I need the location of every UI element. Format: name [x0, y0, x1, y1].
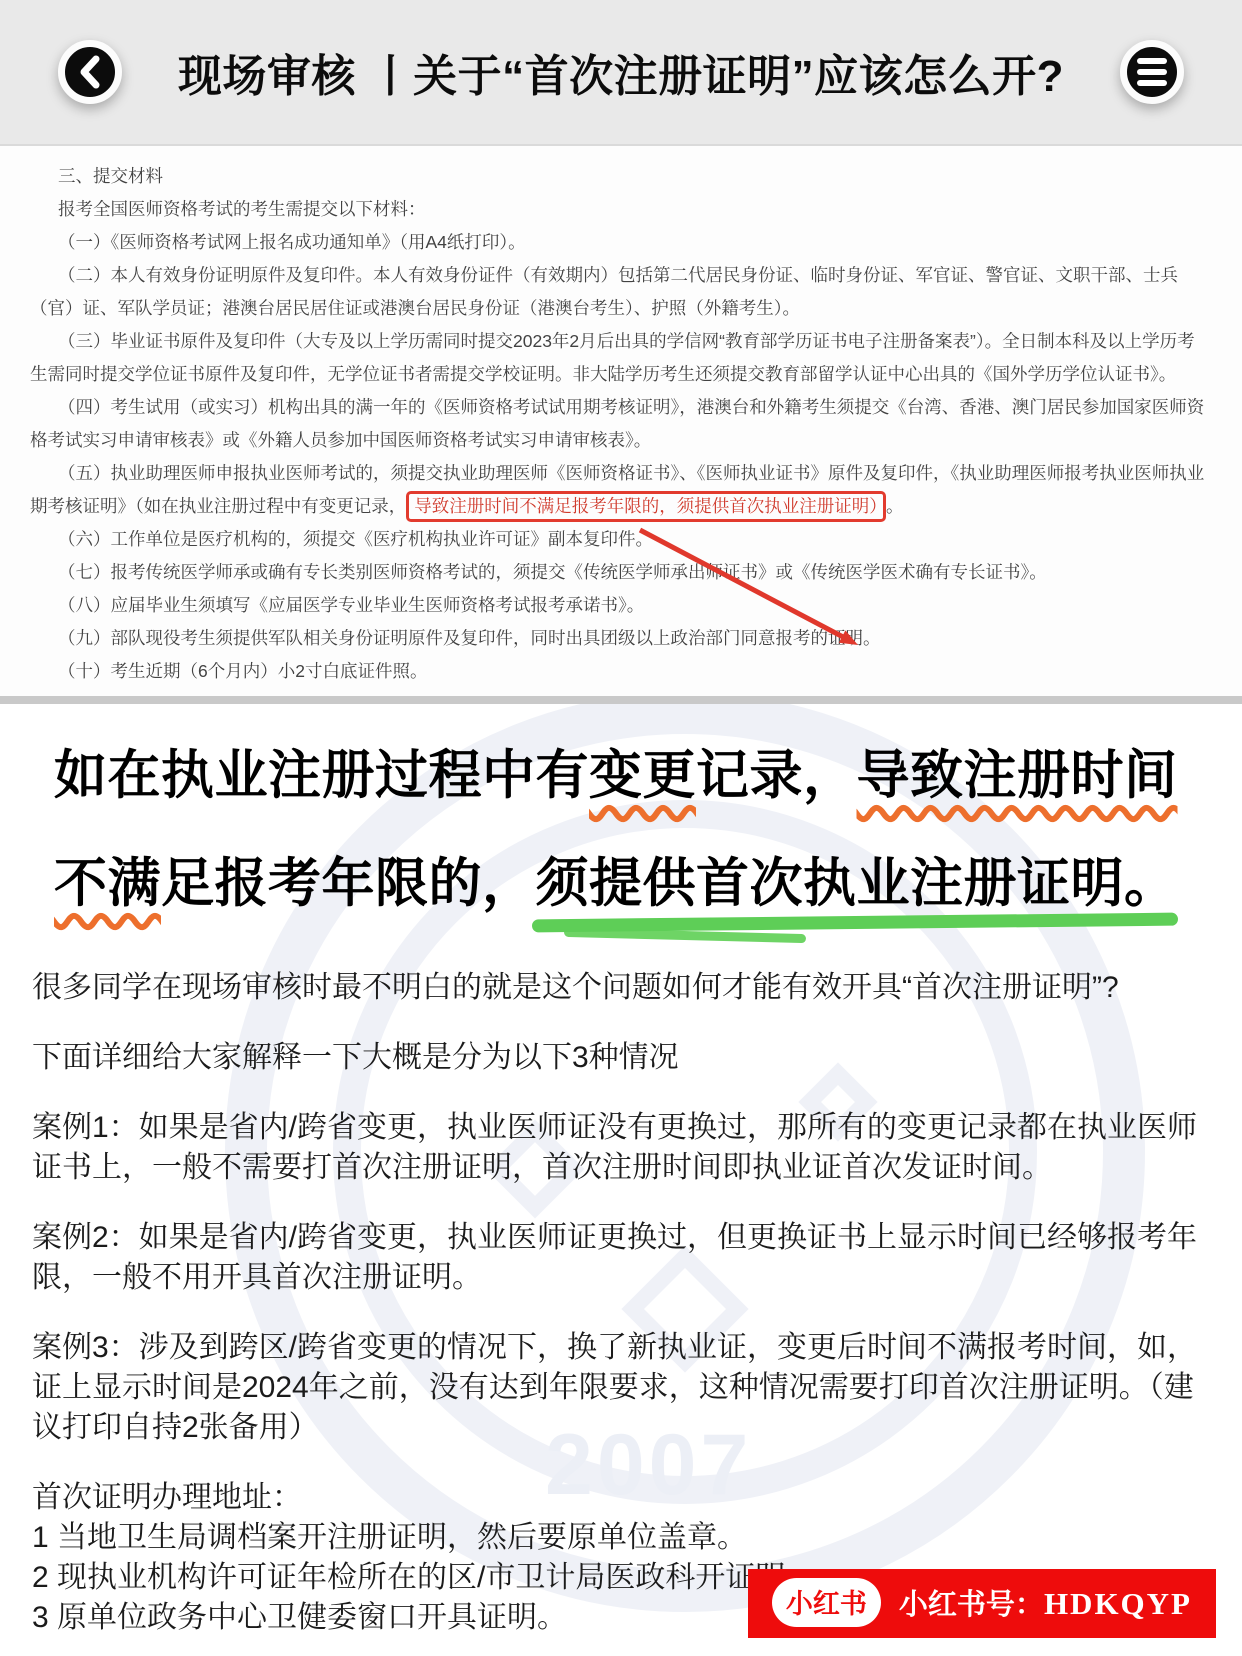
- headline-text: 记录，: [696, 746, 857, 805]
- xiaohongshu-logo: 小红书: [772, 1578, 881, 1627]
- page: 现场审核 丨关于“首次注册证明”应该怎么开? 三、提交材料 报考全国医师资格考试…: [0, 0, 1242, 1656]
- headline-line-2: 不满足报考年限的，须提供首次执业注册证明。: [54, 830, 1188, 938]
- address-line-1: 1 当地卫生局调档案开注册证明，然后要原单位盖章。: [32, 1518, 1210, 1558]
- chevron-left-icon: [76, 54, 104, 90]
- doc-item-2: （二）本人有效身份证明原件及复印件。本人有效身份证件（有效期内）包括第二代居民身…: [30, 259, 1212, 325]
- headline-orange-underlined: 导致注册时间: [857, 746, 1178, 805]
- headline-orange-underlined: 不满: [54, 854, 161, 913]
- top-bar: 现场审核 丨关于“首次注册证明”应该怎么开?: [0, 0, 1242, 146]
- paragraph-explain: 下面详细给大家解释一下大概是分为以下3种情况: [0, 1038, 1242, 1078]
- address-heading: 首次证明办理地址：: [32, 1478, 1210, 1518]
- headline-orange-underlined: 变更: [589, 746, 696, 805]
- main-content: 2007 如在执业注册过程中有变更记录，导致注册时间 不满足报考年限的，须提供首…: [0, 704, 1242, 1656]
- paragraph-intro: 很多同学在现场审核时最不明白的就是这个问题如何才能有效开具“首次注册证明”?: [0, 968, 1242, 1008]
- headline: 如在执业注册过程中有变更记录，导致注册时间 不满足报考年限的，须提供首次执业注册…: [0, 722, 1242, 938]
- headline-text: 足报考年限的，: [161, 854, 536, 913]
- case-1: 案例1：如果是省内/跨省变更，执业医师证没有更换过，那所有的变更记录都在执业医师…: [0, 1108, 1242, 1188]
- menu-button[interactable]: [1120, 40, 1184, 104]
- post-body: 如在执业注册过程中有变更记录，导致注册时间 不满足报考年限的，须提供首次执业注册…: [0, 722, 1242, 1638]
- red-highlight-box: 导致注册时间不满足报考年限的，须提供首次执业注册证明）: [406, 491, 886, 522]
- doc-item-1: （一）《医师资格考试网上报名成功通知单》（用A4纸打印）。: [30, 226, 1212, 259]
- hamburger-menu-icon: [1137, 53, 1167, 91]
- xiaohongshu-badge: 小红书 小红书号：HDKQYP: [748, 1569, 1216, 1638]
- page-title: 现场审核 丨关于“首次注册证明”应该怎么开?: [132, 40, 1110, 104]
- doc-item-10: （十）考生近期（6个月内）小2寸白底证件照。: [30, 655, 1212, 688]
- case-2: 案例2：如果是省内/跨省变更，执业医师证更换过，但更换证书上显示时间已经够报考年…: [0, 1218, 1242, 1298]
- doc-item-5: （五）执业助理医师申报执业医师考试的，须提交执业助理医师《医师资格证书》、《医师…: [30, 457, 1212, 523]
- doc-item-9: （九）部队现役考生须提供军队相关身份证明原件及复印件，同时出具团级以上政治部门同…: [30, 622, 1212, 655]
- doc-item-8: （八）应届毕业生须填写《应届医学专业毕业生医师资格考试报考承诺书》。: [30, 589, 1212, 622]
- case-3: 案例3：涉及到跨区/跨省变更的情况下，换了新执业证，变更后时间不满报考时间，如，…: [0, 1328, 1242, 1448]
- document-screenshot: 三、提交材料 报考全国医师资格考试的考生需提交以下材料： （一）《医师资格考试网…: [0, 146, 1242, 704]
- xiaohongshu-account: 小红书号：HDKQYP: [899, 1582, 1192, 1623]
- headline-line-1: 如在执业注册过程中有变更记录，导致注册时间: [54, 722, 1188, 830]
- headline-green-underlined: 须提供首次执业注册证明。: [536, 854, 1178, 913]
- doc-item-6: （六）工作单位是医疗机构的，须提交《医疗机构执业许可证》副本复印件。: [30, 523, 1212, 556]
- doc-item-7: （七）报考传统医学师承或确有专长类别医师资格考试的，须提交《传统医学师承出师证书…: [30, 556, 1212, 589]
- headline-text: 如在执业注册过程中有: [54, 746, 589, 805]
- doc-section-title: 三、提交材料: [30, 160, 1212, 193]
- doc-item-3: （三）毕业证书原件及复印件（大专及以上学历需同时提交2023年2月后出具的学信网…: [30, 325, 1212, 391]
- doc-intro: 报考全国医师资格考试的考生需提交以下材料：: [30, 193, 1212, 226]
- back-button[interactable]: [58, 40, 122, 104]
- doc-item-4: （四）考生试用（或实习）机构出具的满一年的《医师资格考试试用期考核证明》，港澳台…: [30, 391, 1212, 457]
- doc-item-5-suffix: 。: [886, 496, 904, 516]
